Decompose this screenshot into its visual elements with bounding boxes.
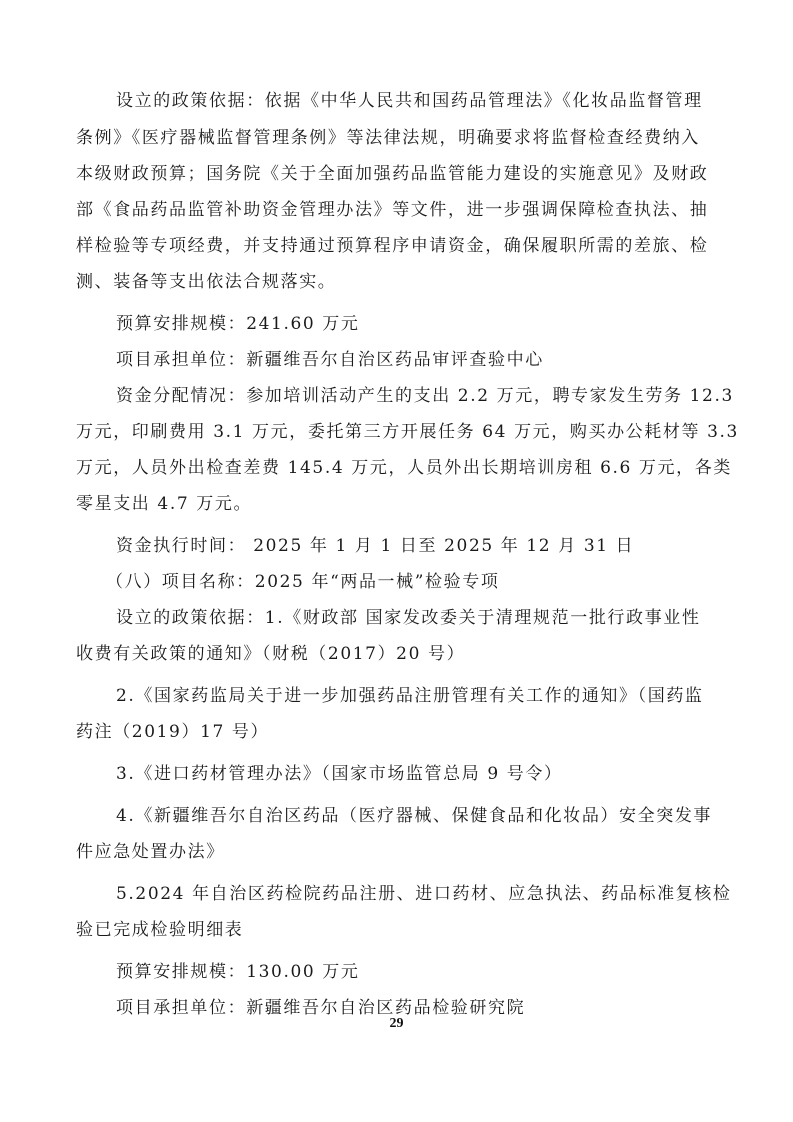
text-line: 预算安排规模：130.00 万元 bbox=[116, 961, 756, 983]
text-line: 4.《新疆维吾尔自治区药品（医疗器械、保健食品和化妆品）安全突发事 bbox=[116, 805, 756, 827]
text-line: 资金执行时间： 2025 年 1 月 1 日至 2025 年 12 月 31 日 bbox=[116, 535, 756, 557]
text-line: 设立的政策依据：1.《财政部 国家发改委关于清理规范一批行政事业性 bbox=[116, 607, 756, 629]
page-number: 29 bbox=[0, 1016, 793, 1032]
text-line: 万元，人员外出检查差费 145.4 万元，人员外出长期培训房租 6.6 万元，各… bbox=[76, 457, 716, 479]
text-line: 药注（2019）17 号） bbox=[76, 721, 716, 743]
text-line: 收费有关政策的通知》（财税（2017）20 号） bbox=[76, 643, 716, 665]
text-line: 资金分配情况：参加培训活动产生的支出 2.2 万元，聘专家发生劳务 12.3 bbox=[116, 385, 756, 407]
text-line: 件应急处置办法》 bbox=[76, 841, 716, 863]
text-line: 项目承担单位：新疆维吾尔自治区药品审评查验中心 bbox=[116, 349, 756, 371]
text-line: 部《食品药品监管补助资金管理办法》等文件，进一步强调保障检查执法、抽 bbox=[76, 199, 716, 221]
text-line: 5.2024 年自治区药检院药品注册、进口药材、应急执法、药品标准复核检 bbox=[116, 883, 756, 905]
text-line: 零星支出 4.7 万元。 bbox=[76, 493, 716, 515]
text-line: 3.《进口药材管理办法》（国家市场监管总局 9 号令） bbox=[116, 763, 756, 785]
text-line: 样检验等专项经费，并支持通过预算程序申请资金，确保履职所需的差旅、检 bbox=[76, 235, 716, 257]
text-line: 测、装备等支出依法合规落实。 bbox=[76, 271, 716, 293]
text-line: 万元，印刷费用 3.1 万元，委托第三方开展任务 64 万元，购买办公耗材等 3… bbox=[76, 421, 716, 443]
text-line: 2.《国家药监局关于进一步加强药品注册管理有关工作的通知》（国药监 bbox=[116, 685, 756, 707]
text-line: 预算安排规模：241.60 万元 bbox=[116, 313, 756, 335]
text-line: 条例》《医疗器械监督管理条例》等法律法规，明确要求将监督检查经费纳入 bbox=[76, 127, 716, 149]
text-line: 设立的政策依据：依据《中华人民共和国药品管理法》《化妆品监督管理 bbox=[116, 90, 756, 112]
text-line: 本级财政预算；国务院《关于全面加强药品监管能力建设的实施意见》及财政 bbox=[76, 163, 716, 185]
document-page: 设立的政策依据：依据《中华人民共和国药品管理法》《化妆品监督管理条例》《医疗器械… bbox=[0, 0, 793, 1122]
text-line: （八）项目名称：2025 年“两品一械”检验专项 bbox=[106, 571, 746, 593]
text-line: 验已完成检验明细表 bbox=[76, 919, 716, 941]
